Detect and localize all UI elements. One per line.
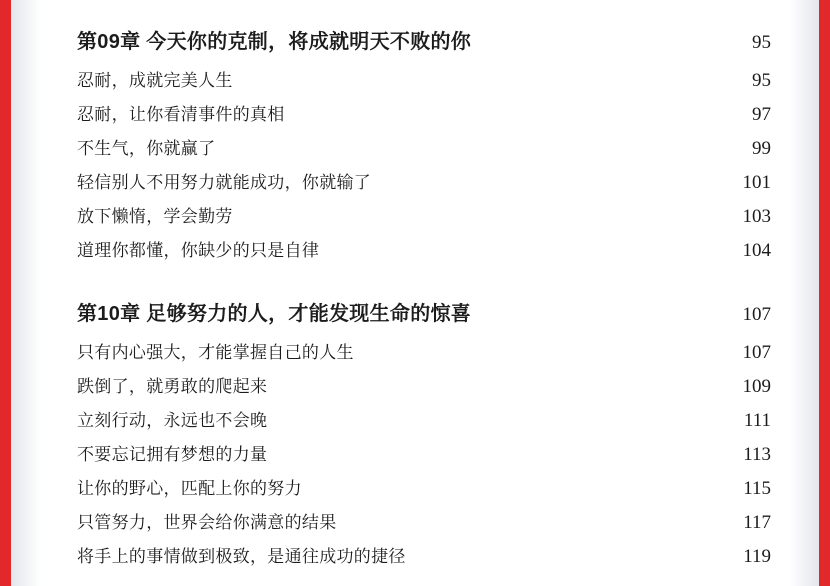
toc-entry-row: 忍耐，让你看清事件的真相97 bbox=[77, 98, 771, 132]
toc-section: 第09章 今天你的克制，将成就明天不败的你95忍耐，成就完美人生95忍耐，让你看… bbox=[77, 25, 771, 268]
toc-entry-row: 忍耐，成就完美人生95 bbox=[77, 64, 771, 98]
toc-list: 第09章 今天你的克制，将成就明天不败的你95忍耐，成就完美人生95忍耐，让你看… bbox=[77, 25, 771, 574]
toc-section: 第10章 足够努力的人，才能发现生命的惊喜107只有内心强大，才能掌握自己的人生… bbox=[77, 297, 771, 574]
toc-entry-row: 立刻行动，永远也不会晚111 bbox=[77, 404, 771, 438]
toc-entry-row: 道理你都懂，你缺少的只是自律104 bbox=[77, 234, 771, 268]
left-red-edge bbox=[0, 0, 11, 586]
entry-title: 轻信别人不用努力就能成功，你就输了 bbox=[77, 166, 371, 200]
entry-title: 只管努力，世界会给你满意的结果 bbox=[77, 506, 337, 540]
page-number: 115 bbox=[731, 472, 771, 506]
page-number: 107 bbox=[731, 298, 772, 332]
page-number: 99 bbox=[740, 132, 771, 166]
toc-entry-row: 不要忘记拥有梦想的力量113 bbox=[77, 438, 771, 472]
right-red-edge bbox=[819, 0, 830, 586]
chapter-title: 第10章 足够努力的人，才能发现生命的惊喜 bbox=[77, 297, 471, 331]
entry-title: 忍耐，让你看清事件的真相 bbox=[77, 98, 285, 132]
entry-title: 忍耐，成就完美人生 bbox=[77, 64, 233, 98]
page-number: 97 bbox=[740, 98, 771, 132]
page-number: 113 bbox=[731, 438, 771, 472]
page-number: 104 bbox=[731, 234, 772, 268]
entry-title: 只有内心强大，才能掌握自己的人生 bbox=[77, 336, 354, 370]
entry-title: 不生气，你就赢了 bbox=[77, 132, 215, 166]
toc-entry-row: 不生气，你就赢了99 bbox=[77, 132, 771, 166]
toc-entry-row: 将手上的事情做到极致，是通往成功的捷径119 bbox=[77, 540, 771, 574]
toc-entry-row: 轻信别人不用努力就能成功，你就输了101 bbox=[77, 166, 771, 200]
page-number: 119 bbox=[731, 540, 771, 574]
page-number: 101 bbox=[731, 166, 772, 200]
entry-title: 放下懒惰，学会勤劳 bbox=[77, 200, 233, 234]
page-number: 95 bbox=[740, 64, 771, 98]
page-number: 117 bbox=[731, 506, 771, 540]
toc-entry-row: 让你的野心，匹配上你的努力115 bbox=[77, 472, 771, 506]
toc-entry-row: 只有内心强大，才能掌握自己的人生107 bbox=[77, 336, 771, 370]
entry-title: 道理你都懂，你缺少的只是自律 bbox=[77, 234, 319, 268]
page-number: 103 bbox=[731, 200, 772, 234]
right-page-curl-shadow bbox=[789, 0, 819, 586]
entry-title: 立刻行动，永远也不会晚 bbox=[77, 404, 267, 438]
entry-title: 将手上的事情做到极致，是通往成功的捷径 bbox=[77, 540, 406, 574]
page-number: 111 bbox=[732, 404, 771, 438]
toc-entry-row: 只管努力，世界会给你满意的结果117 bbox=[77, 506, 771, 540]
left-page-curl-shadow bbox=[11, 0, 41, 586]
page-number: 107 bbox=[731, 336, 772, 370]
toc-entry-row: 跌倒了，就勇敢的爬起来109 bbox=[77, 370, 771, 404]
page-number: 109 bbox=[731, 370, 772, 404]
entry-title: 不要忘记拥有梦想的力量 bbox=[77, 438, 267, 472]
book-toc-page: 第09章 今天你的克制，将成就明天不败的你95忍耐，成就完美人生95忍耐，让你看… bbox=[0, 0, 830, 586]
toc-chapter-row: 第10章 足够努力的人，才能发现生命的惊喜107 bbox=[77, 297, 771, 331]
toc-entry-row: 放下懒惰，学会勤劳103 bbox=[77, 200, 771, 234]
entry-title: 跌倒了，就勇敢的爬起来 bbox=[77, 370, 267, 404]
page-number: 95 bbox=[740, 26, 771, 60]
entry-title: 让你的野心，匹配上你的努力 bbox=[77, 472, 302, 506]
chapter-title: 第09章 今天你的克制，将成就明天不败的你 bbox=[77, 25, 471, 59]
toc-chapter-row: 第09章 今天你的克制，将成就明天不败的你95 bbox=[77, 25, 771, 59]
